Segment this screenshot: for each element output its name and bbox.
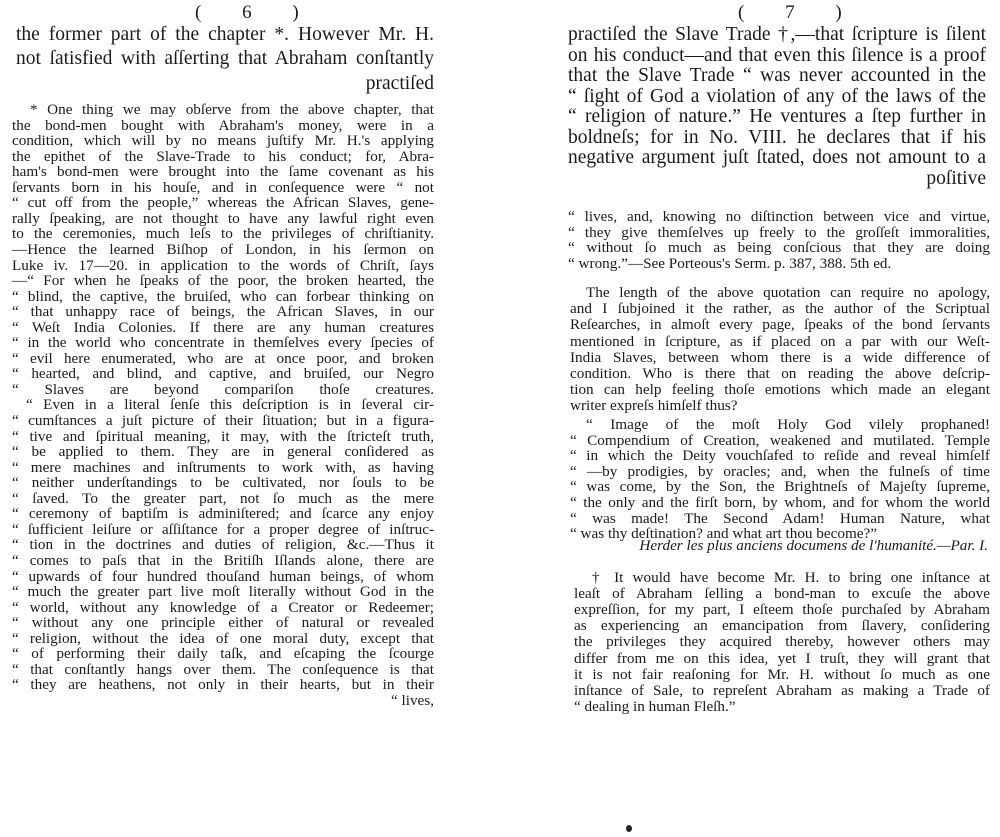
footnote-line: “ tion in the doctrines and duties of re… <box>12 537 434 552</box>
footnote-line: the bond-men bought with Abraham's money… <box>12 118 434 133</box>
footnote-line: “ ceremony of baptiſm is adminiſtered; a… <box>12 506 434 521</box>
footnote-line: “ blind, the captive, the bruiſed, who c… <box>12 289 434 304</box>
footnote-line: the epithet of the Slave-Trade to his co… <box>12 149 434 164</box>
footnote-line: “ world, without any knowledge of a Crea… <box>12 600 434 615</box>
footnote-line: ſervants born in his houſe, and in conſe… <box>12 180 434 195</box>
footnote-line: “ they give themſelves up freely to the … <box>568 225 990 240</box>
footnote-line: “ dealing in human Fleſh.” <box>574 699 990 714</box>
footnote-line: † It would have become Mr. H. to bring o… <box>592 570 990 585</box>
footnote-line: to the ceremonies, much leſs to the priv… <box>12 226 434 241</box>
main-text-line: poſitive <box>568 167 986 191</box>
footnote-line: inſtance of Sale, to repreſent Abraham a… <box>574 683 990 698</box>
quote-line: “ Image of the moſt Holy God vilely prop… <box>586 417 990 432</box>
footnote-line: leaſt of Abraham ſelling a bond-man to e… <box>574 586 990 601</box>
footnote-line: Luke iv. 17—20. in application to the wo… <box>12 258 434 273</box>
quote-line: “ was come, by the Son, the Brightneſs o… <box>570 479 990 494</box>
catchword: practiſed <box>16 72 434 96</box>
footnote-line: “ of performing their daily taſk, and eſ… <box>12 646 434 661</box>
footnote-line: “ ſufficient leiſure or aſſiſtance for a… <box>12 522 434 537</box>
commentary-line: condition. Who is there that on reading … <box>570 366 990 381</box>
quote-line: “ the only and the firſt born, by whom, … <box>570 495 990 510</box>
commentary-line: Reſearches, in almoſt every page, ſpeaks… <box>570 317 990 332</box>
footnote-line: “ cumſtances a juſt picture of their ſit… <box>12 413 434 428</box>
left-page: ( 6 ) the former part of the chapter *. … <box>0 0 500 837</box>
quote-line: “ Compendium of Creation, weakened and m… <box>570 433 990 448</box>
footnote-line: “ comes to paſs that in the Britiſh Iſla… <box>12 553 434 568</box>
footnote-line: it is not fair reaſoning for Mr. H. with… <box>574 667 990 682</box>
footnote-line: “ cut off from the people,” whereas the … <box>12 195 434 210</box>
footnote-line: “ lives, <box>12 693 434 708</box>
page-number: ( 6 ) <box>195 2 317 24</box>
footnote-line: ham's bond-men were brought into the ſam… <box>12 164 434 179</box>
commentary-line: and I ſubjoined it the rather, as the au… <box>570 301 990 316</box>
quote-line: “ was made! The Second Adam! Human Natur… <box>570 511 990 526</box>
footnote-line: “ be applied to them. They are in genera… <box>12 444 434 459</box>
footnote-line: * One thing we may obſerve from the abov… <box>30 102 434 117</box>
page-number: ( 7 ) <box>738 2 860 24</box>
commentary-line: The length of the above quotation can re… <box>586 285 990 300</box>
ink-speck <box>626 825 632 832</box>
footnote-line: “ tive and ſpiritual meaning, it may, wi… <box>12 429 434 444</box>
footnote-line: “ Slaves are beyond compariſon thoſe cre… <box>12 382 434 397</box>
footnote-line: as experiencing an emancipation from ſla… <box>574 618 990 633</box>
footnote-line: “ much the greater part live moſt litera… <box>12 584 434 599</box>
footnote-line: “ Even in a literal ſenſe this deſcripti… <box>26 397 434 412</box>
quote-line: “ in which the Deity vouchſafed to reſid… <box>570 448 990 463</box>
footnote-line: condition, which will by no means juſtif… <box>12 133 434 148</box>
footnote-line: “ upwards of four hundred thouſand human… <box>12 569 434 584</box>
footnote-line: the privileges they acquired thereby, ho… <box>574 634 990 649</box>
commentary-line: mentioned in ſcripture, as if placed on … <box>570 334 990 349</box>
commentary-line: India Slaves, between whom there is a wi… <box>570 350 990 365</box>
footnote-line: “ evil here enumerated, who are at once … <box>12 351 434 366</box>
footnote-line: differ from me on this idea, yet I truſt… <box>574 651 990 666</box>
main-text-line: the former part of the chapter *. Howeve… <box>16 23 434 47</box>
attribution: Herder les plus anciens documens de l'hu… <box>570 538 988 553</box>
main-text-line: not ſatisfied with aſſerting that Abraha… <box>16 47 434 71</box>
footnote-line: “ hearted, and blind, and captive, and b… <box>12 366 434 381</box>
footnote-line: “ without ſo much as being conſcious tha… <box>568 240 990 255</box>
footnote-line: “ religion, without the idea of one mora… <box>12 631 434 646</box>
footnote-line: “ they are heathens, not only in their h… <box>12 677 434 692</box>
footnote-line: “ that conſtantly hangs over them. The c… <box>12 662 434 677</box>
commentary-line: writer expreſs himſelf thus? <box>570 398 990 413</box>
footnote-line: “ mere machines and inſtruments to work … <box>12 460 434 475</box>
footnote-line: rally ſpeaking, are not thought to have … <box>12 211 434 226</box>
right-page: ( 7 ) practiſed the Slave Trade †,—that … <box>500 0 1000 837</box>
quote-line: “ —by prodigies, by oracles; and, when t… <box>570 464 990 479</box>
footnote-line: expreſſion, for my part, I eſteem thoſe … <box>574 602 990 617</box>
footnote-line: “ that unhappy race of beings, the Afric… <box>12 304 434 319</box>
footnote-line: —“ For when he ſpeaks of the poor, the b… <box>12 273 434 288</box>
footnote-line: “ in the world who concentrate in themſe… <box>12 335 434 350</box>
footnote-line: “ without any one principle either of na… <box>12 615 434 630</box>
footnote-line: “ ſaved. To the greater part, not ſo muc… <box>12 491 434 506</box>
commentary-line: tion can help feeling thoſe emotions whi… <box>570 382 990 397</box>
footnote-line: “ wrong.”—See Porteous's Serm. p. 387, 3… <box>568 256 990 271</box>
footnote-line: “ neither underſtandings to be cultivate… <box>12 475 434 490</box>
footnote-line: —Hence the learned Biſhop of London, in … <box>12 242 434 257</box>
footnote-line: “ Weſt India Colonies. If there are any … <box>12 320 434 335</box>
footnote-line: “ lives, and, knowing no diſtinction bet… <box>568 209 990 224</box>
